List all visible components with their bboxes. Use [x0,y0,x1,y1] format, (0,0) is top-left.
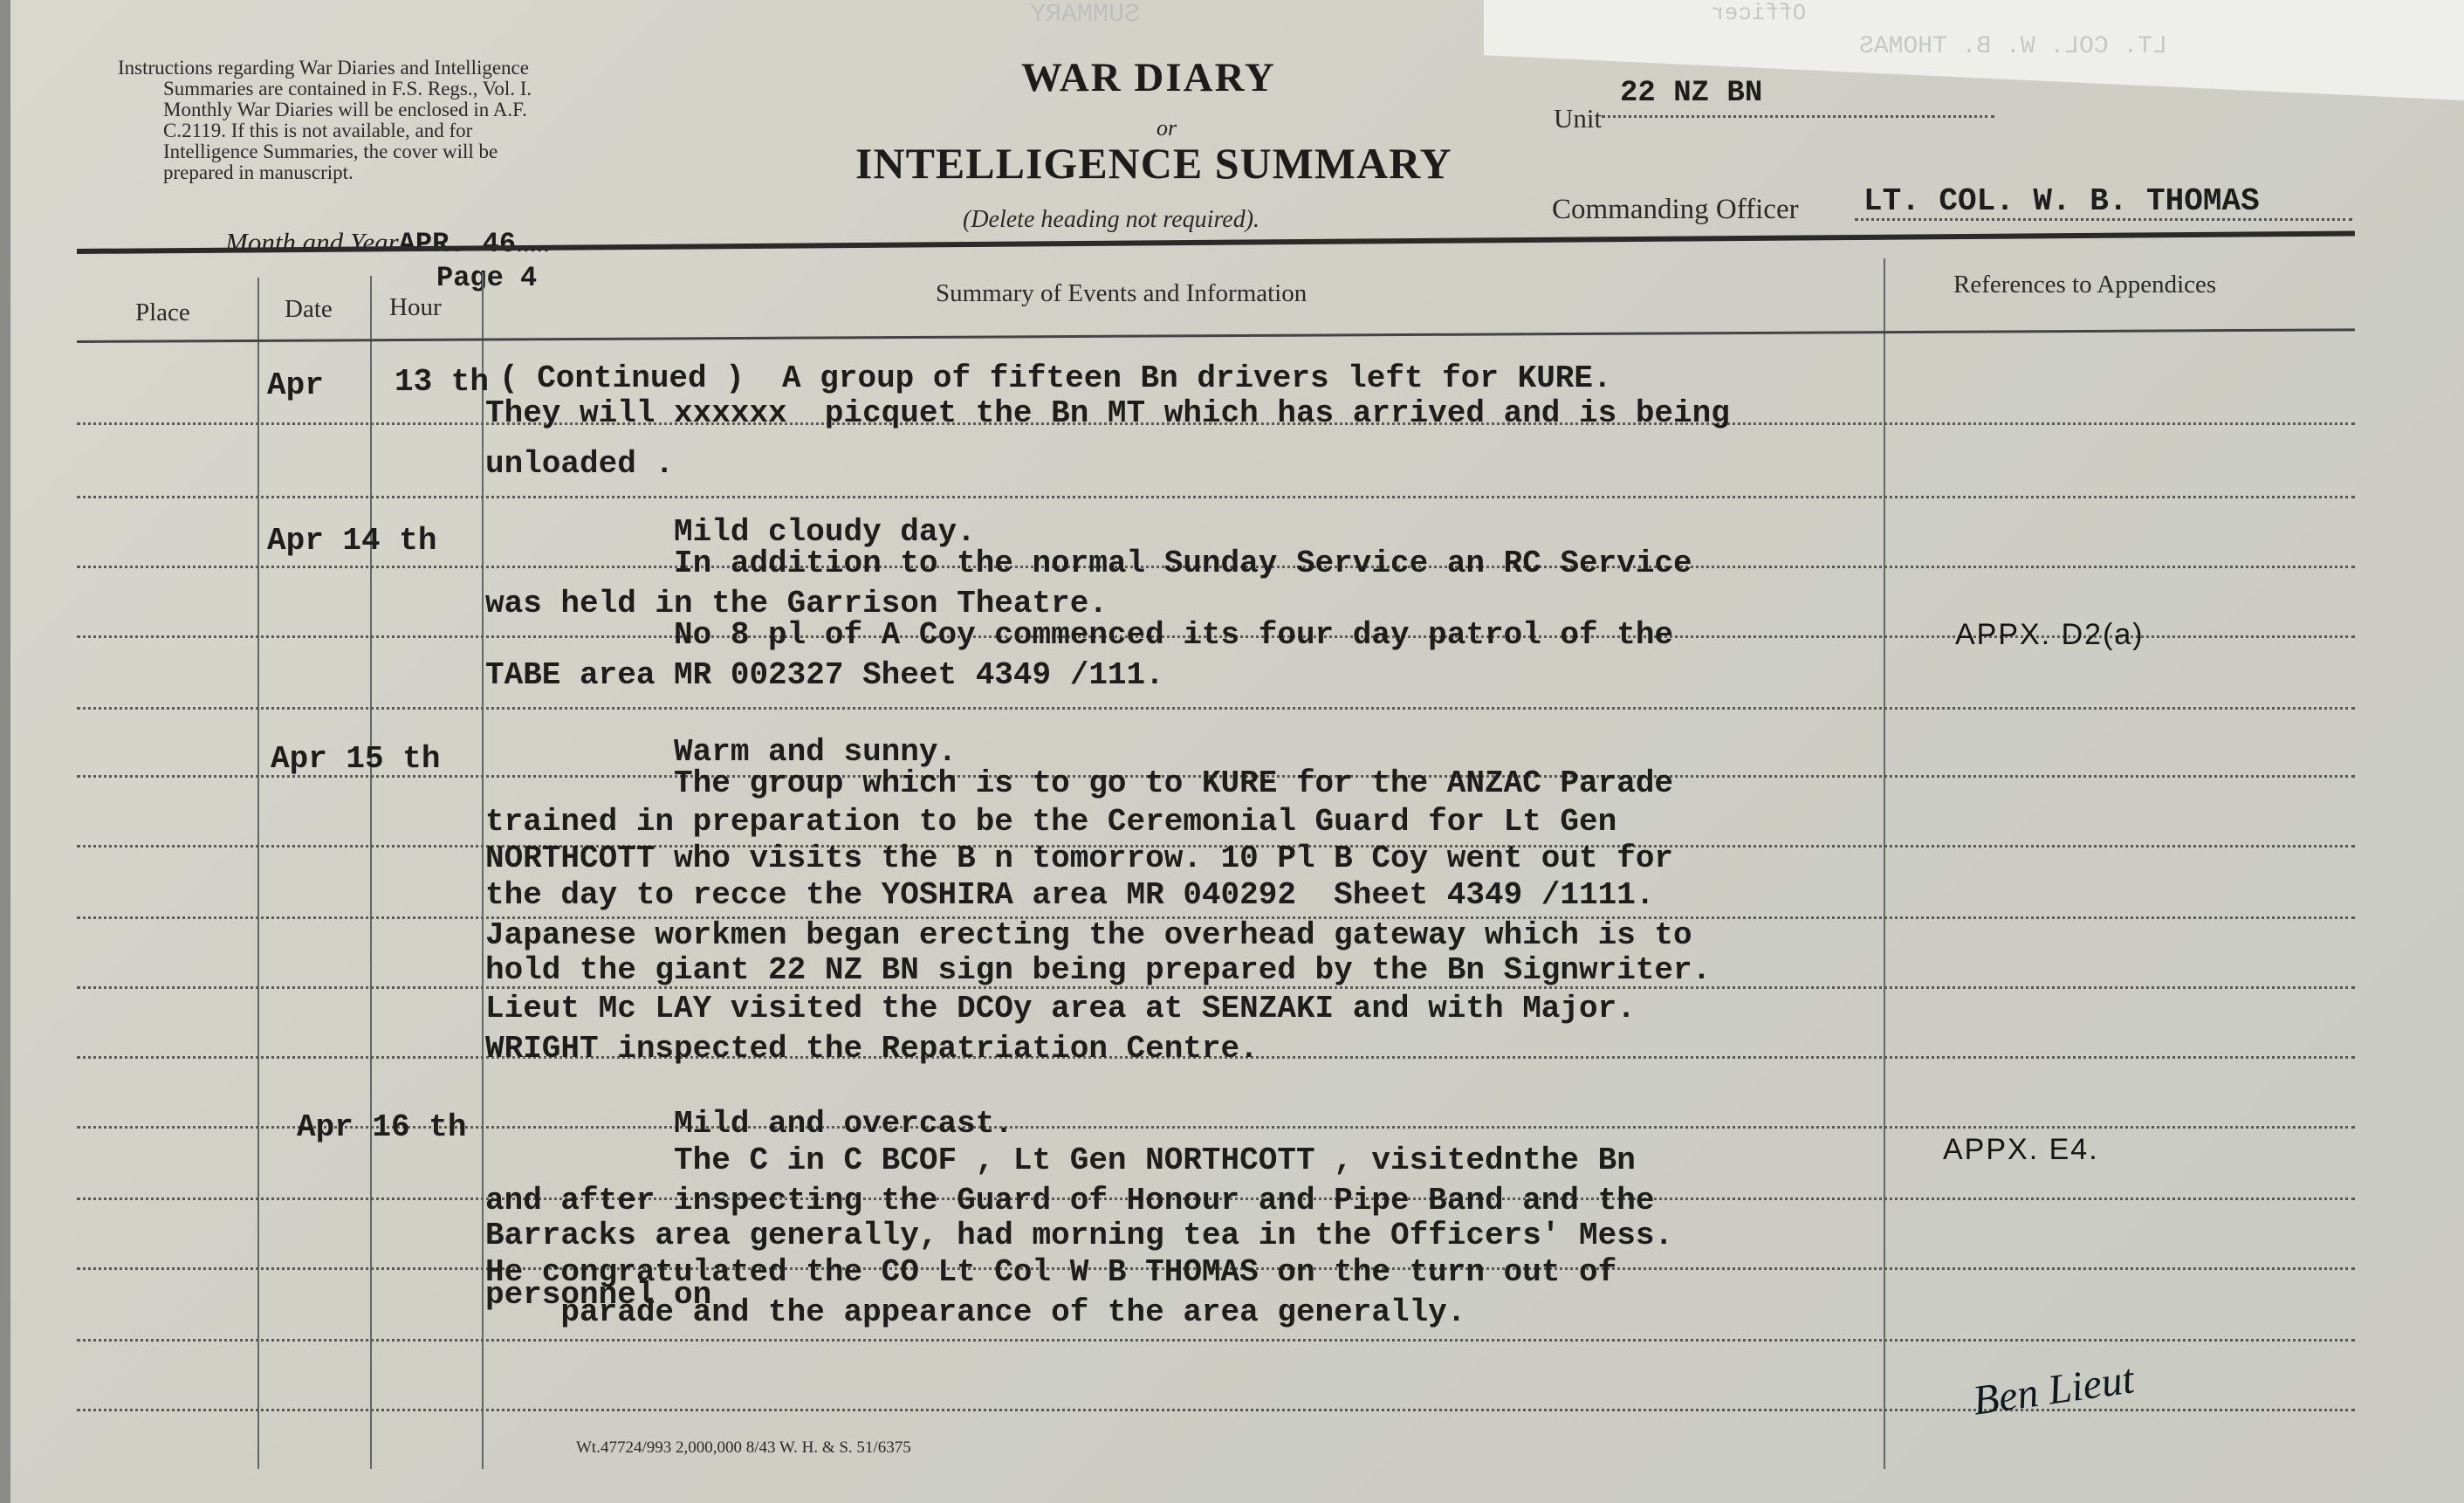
appendix-reference: APPX. D2(a) [1955,618,2145,652]
entry-line: TABE area MR 002327 Sheet 4349 /111. [485,656,1164,695]
entry-line: The group which is to go to KURE for the… [485,765,1673,803]
column-divider [370,276,372,1469]
instruction-line: Instructions regarding War Diaries and I… [118,58,720,79]
entry-line: In addition to the normal Sunday Service… [485,545,1692,583]
column-divider [482,272,484,1469]
entry-line: Mild and overcast. [485,1105,1013,1143]
bleed-through-text: LT. COL. W. B. THOMAS [1859,33,2167,60]
entry-line: They will xxxxxx picquet the Bn MT which… [485,395,1730,433]
unit-dotted-line [1602,115,1994,118]
title-war-diary: WAR DIARY [1021,54,1276,101]
entry-line: No 8 pl of A Coy commenced its four day … [485,616,1673,655]
bleed-through-text: SUMMARY [1030,0,1140,30]
instruction-line: Intelligence Summaries, the cover will b… [118,141,720,162]
header-hour: Hour [389,293,442,322]
column-divider [257,278,259,1469]
page-number: Page 4 [436,262,537,294]
header-place: Place [135,299,190,327]
entry-line: Barracks area generally, had morning tea… [485,1217,1673,1255]
unit-label: Unit [1554,103,1602,134]
unit-value: 22 NZ BN [1620,77,1762,110]
entry-date: Apr 14 th [267,522,436,560]
entry-line: the day to recce the YOSHIRA area MR 040… [485,876,1654,915]
entry-line: unloaded . [485,445,674,484]
instruction-line: Monthly War Diaries will be enclosed in … [118,100,720,120]
entry-hour: 13 th [395,363,489,401]
header-references: References to Appendices [1953,271,2216,299]
form-print-code: Wt.47724/993 2,000,000 8/43 W. H. & S. 5… [576,1438,911,1458]
month-year-label: Month and Year [225,227,399,257]
commanding-officer-value: LT. COL. W. B. THOMAS [1863,183,2260,219]
title-note: (Delete heading not required). [963,206,1259,234]
entry-line: NORTHCOTT who visits the B n tomorrow. 1… [485,840,1673,878]
entry-line: Japanese workmen began erecting the over… [485,916,1692,955]
entry-date: Apr [267,367,324,405]
entry-line: trained in preparation to be the Ceremon… [485,803,1616,841]
header-date: Date [285,295,333,324]
entry-line: and after inspecting the Guard of Honour… [485,1182,1654,1220]
entry-line: parade and the appearance of the area ge… [485,1294,1465,1332]
instruction-line: C.2119. If this is not available, and fo… [118,120,720,141]
instruction-line: Summaries are contained in F.S. Regs., V… [118,79,720,100]
form-instructions: Instructions regarding War Diaries and I… [118,58,720,183]
commanding-officer-label: Commanding Officer [1552,194,1799,226]
appendix-reference: APPX. E4. [1943,1133,2099,1167]
column-divider [1884,258,1885,1469]
entry-date: Apr 15 th [271,740,440,779]
ruled-line [77,1339,2355,1342]
entry-line: WRIGHT inspected the Repatriation Centre… [485,1030,1259,1068]
entry-line: Lieut Mc LAY visited the DCOy area at SE… [485,990,1636,1028]
entry-line: ( Continued ) A group of fifteen Bn driv… [499,360,1612,398]
co-dotted-line [1855,218,2352,221]
ruled-line [77,707,2355,710]
month-year-field: Month and YearAPR. 46..... [225,227,550,260]
ruled-line [77,496,2355,498]
entry-line: hold the giant 22 NZ BN sign being prepa… [485,951,1711,990]
header-summary: Summary of Events and Information [936,279,1307,308]
title-intelligence-summary: INTELLIGENCE SUMMARY [855,138,1452,189]
bleed-through-text: Officer [1711,0,1806,26]
instruction-line: prepared in manuscript. [118,162,720,183]
entry-date: Apr 16 th [297,1108,466,1147]
entry-line: The C in C BCOF , Lt Gen NORTHCOTT , vis… [485,1142,1636,1180]
month-year-value: APR. 46 [399,228,516,260]
